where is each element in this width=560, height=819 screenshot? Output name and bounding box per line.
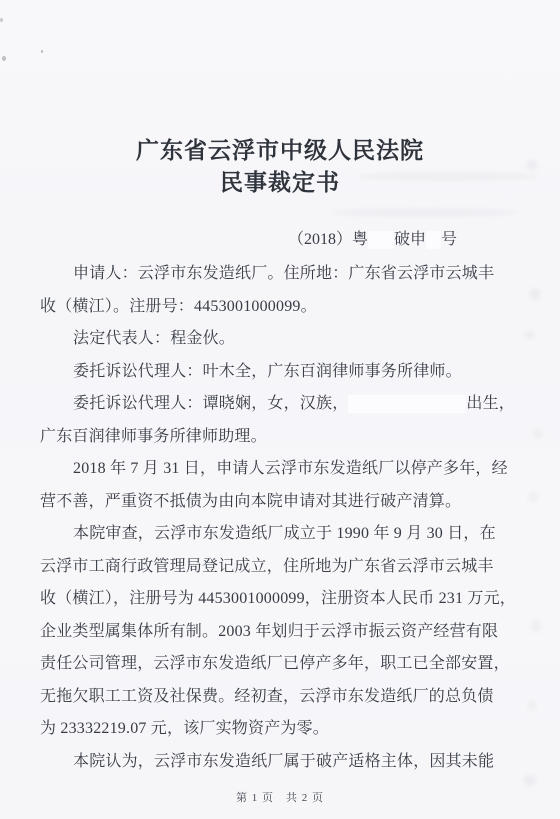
bleedthrough-mark <box>533 428 542 439</box>
text-line: 营不善，严重资不抵债为由向本院申请对其进行破产清算。 <box>40 486 524 519</box>
text-segment: 号 <box>441 231 457 248</box>
text-segment: 委托诉讼代理人：谭晓娴，女，汉族， <box>73 395 348 412</box>
text-line: 委托诉讼代理人：叶木全，广东百润律师事务所律师。 <box>40 356 524 389</box>
text-line: 收（横江），注册号为 4453001000099，注册资本人民币 231 万元， <box>40 583 524 616</box>
scan-speck <box>2 56 6 61</box>
text-segment: 云浮市工商行政管理局登记成立，住所地为广东省云浮市云城丰 <box>40 558 494 575</box>
text-segment: 法定代表人：程金伙。 <box>73 330 235 347</box>
text-line: 为 23332219.07 元，该厂实物资产为零。 <box>40 713 524 746</box>
bleedthrough-mark <box>531 620 541 632</box>
bleedthrough-mark <box>524 775 536 786</box>
text-segment: 委托诉讼代理人：叶木全，广东百润律师事务所律师。 <box>73 363 462 380</box>
court-name-title: 广东省云浮市中级人民法院 <box>0 132 560 165</box>
text-line: 企业类型属集体所有制。2003 年划归于云浮市振云资产经营有限 <box>40 616 524 649</box>
text-segment: 本院认为，云浮市东发造纸厂属于破产适格主体，因其未能 <box>73 753 494 770</box>
text-segment: 广东百润律师事务所律师助理。 <box>40 428 267 445</box>
bleedthrough-mark <box>527 700 537 710</box>
text-segment: 2018 年 7 月 31 日，申请人云浮市东发造纸厂以停产多年，经 <box>73 460 508 477</box>
document-type-title: 民事裁定书 <box>0 164 560 197</box>
text-line: 法定代表人：程金伙。 <box>40 323 524 356</box>
text-segment: 申请人：云浮市东发造纸厂。住所地：广东省云浮市云城丰 <box>73 265 494 282</box>
bleedthrough-mark <box>528 492 538 502</box>
text-line: 云浮市工商行政管理局登记成立，住所地为广东省云浮市云城丰 <box>40 551 524 584</box>
redaction-blank <box>426 231 441 249</box>
text-line: 委托诉讼代理人：谭晓娴，女，汉族，出生， <box>40 388 524 421</box>
text-line: 本院认为，云浮市东发造纸厂属于破产适格主体，因其未能 <box>40 746 524 779</box>
text-segment: 收（横江），注册号为 4453001000099，注册资本人民币 231 万元， <box>40 590 516 607</box>
text-segment: 收（横江）。注册号：4453001000099。 <box>40 298 317 315</box>
text-segment: （2018）粤 <box>288 231 368 248</box>
scanned-court-document-page: 广东省云浮市中级人民法院 民事裁定书 （2018）粤破申号 申请人：云浮市东发造… <box>0 0 560 819</box>
scan-speck <box>41 50 43 53</box>
text-segment: 企业类型属集体所有制。2003 年划归于云浮市振云资产经营有限 <box>40 623 498 640</box>
text-segment: 无拖欠职工工资及社保费。经初查，云浮市东发造纸厂的总负债 <box>40 688 494 705</box>
case-number: （2018）粤破申号 <box>0 229 457 251</box>
text-line: 广东百润律师事务所律师助理。 <box>40 421 524 454</box>
text-segment: 出生， <box>466 395 515 412</box>
text-segment: 为 23332219.07 元，该厂实物资产为零。 <box>40 720 329 737</box>
bleedthrough-mark <box>332 208 517 217</box>
redaction-blank <box>368 231 394 249</box>
text-line: 收（横江）。注册号：4453001000099。 <box>40 291 524 324</box>
text-line: 申请人：云浮市东发造纸厂。住所地：广东省云浮市云城丰 <box>40 258 524 291</box>
text-line: 2018 年 7 月 31 日，申请人云浮市东发造纸厂以停产多年，经 <box>40 453 524 486</box>
text-segment: 本院审查，云浮市东发造纸厂成立于 1990 年 9 月 30 日，在 <box>73 525 496 542</box>
text-line: 无拖欠职工工资及社保费。经初查，云浮市东发造纸厂的总负债 <box>40 681 524 714</box>
body-lines: 申请人：云浮市东发造纸厂。住所地：广东省云浮市云城丰收（横江）。注册号：4453… <box>40 258 524 778</box>
text-segment: 营不善，严重资不抵债为由向本院申请对其进行破产清算。 <box>40 493 461 510</box>
text-line: 责任公司管理，云浮市东发造纸厂已停产多年，职工已全部安置， <box>40 648 524 681</box>
text-segment: 破申 <box>394 231 426 248</box>
bleedthrough-mark <box>524 330 535 340</box>
page-footer-pagination: 第 1 页 共 2 页 <box>0 789 560 805</box>
text-segment: 责任公司管理，云浮市东发造纸厂已停产多年，职工已全部安置， <box>40 655 510 672</box>
text-line: 本院审查，云浮市东发造纸厂成立于 1990 年 9 月 30 日，在 <box>40 518 524 551</box>
redaction-blank <box>348 395 466 413</box>
scan-speck <box>0 18 3 22</box>
bleedthrough-mark <box>530 288 540 300</box>
